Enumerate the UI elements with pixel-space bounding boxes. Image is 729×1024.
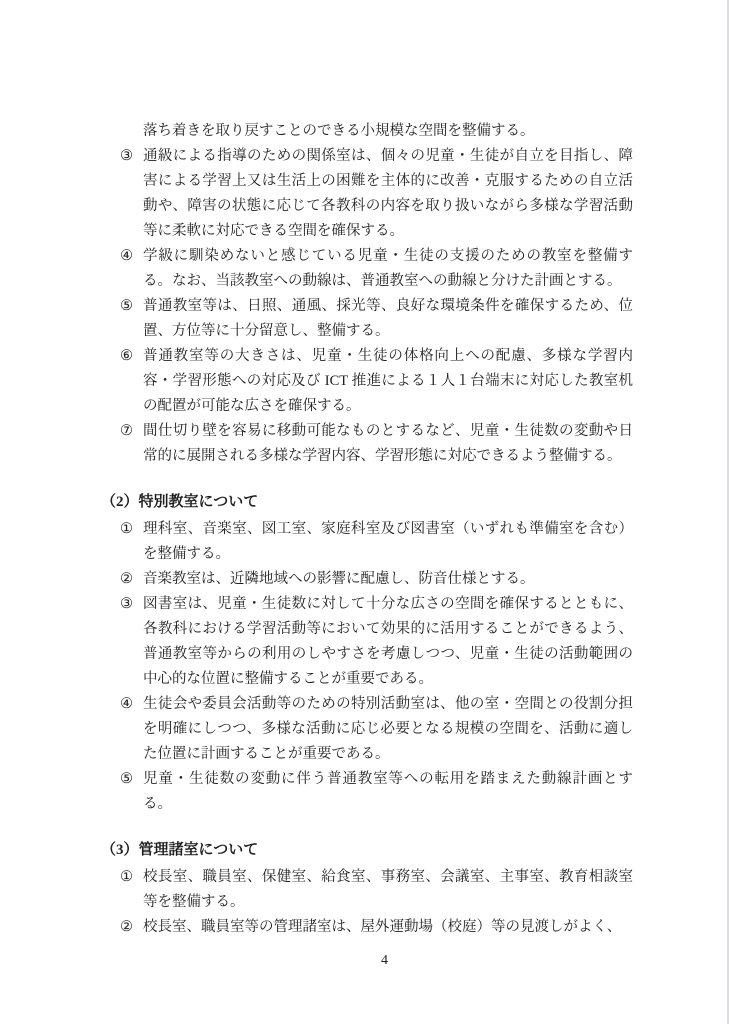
document-section: （3）管理諸室について①校長室、職員室、保健室、給食室、事務室、会議室、主事室、… [101, 838, 633, 940]
page-footer: 4 [0, 948, 727, 973]
item-text: 理科室、音楽室、図工室、家庭科室及び図書室（いずれも準備室を含む）を整備する。 [143, 517, 633, 567]
list-item: ⑤普通教室等は、日照、通風、採光等、良好な環境条件を確保するため、位置、方位等に… [120, 294, 633, 344]
document-section: （2）特別教室について①理科室、音楽室、図工室、家庭科室及び図書室（いずれも準備… [101, 490, 633, 817]
item-text: 普通教室等は、日照、通風、採光等、良好な環境条件を確保するため、位置、方位等に十… [143, 294, 633, 344]
item-text: 通級による指導のための関係室は、個々の児童・生徒が自立を目指し、障害による学習上… [143, 144, 633, 244]
item-marker: ⑦ [120, 419, 143, 469]
list-item: ④生徒会や委員会活動等のための特別活動室は、他の室・空間との役割分担を明確にしつ… [120, 692, 633, 767]
item-text: 校長室、職員室等の管理諸室は、屋外運動場（校庭）等の見渡しがよく、 [143, 915, 633, 940]
list-item: 落ち着きを取り戻すことのできる小規模な空間を整備する。 [120, 119, 633, 144]
document-page: 落ち着きを取り戻すことのできる小規模な空間を整備する。③通級による指導のための関… [0, 0, 729, 1024]
item-text: 普通教室等の大きさは、児童・生徒の体格向上への配慮、多様な学習内容・学習形態への… [143, 344, 633, 419]
list-item: ①校長室、職員室、保健室、給食室、事務室、会議室、主事室、教育相談室等を整備する… [120, 865, 633, 915]
item-list: ①理科室、音楽室、図工室、家庭科室及び図書室（いずれも準備室を含む）を整備する。… [120, 517, 633, 817]
item-marker [120, 119, 143, 144]
item-marker: ③ [120, 144, 143, 244]
page-number: 4 [381, 953, 388, 968]
list-item: ⑤児童・生徒数の変動に伴う普通教室等への転用を踏まえた動線計画とする。 [120, 767, 633, 817]
item-marker: ⑤ [120, 294, 143, 344]
item-marker: ③ [120, 592, 143, 692]
list-item: ⑥普通教室等の大きさは、児童・生徒の体格向上への配慮、多様な学習内容・学習形態へ… [120, 344, 633, 419]
list-item: ⑦間仕切り壁を容易に移動可能なものとするなど、児童・生徒数の変動や日常的に展開さ… [120, 419, 633, 469]
list-item: ③図書室は、児童・生徒数に対して十分な広さの空間を確保するとともに、各教科におけ… [120, 592, 633, 692]
list-item: ②音楽教室は、近隣地域への影響に配慮し、防音仕様とする。 [120, 567, 633, 592]
list-item: ①理科室、音楽室、図工室、家庭科室及び図書室（いずれも準備室を含む）を整備する。 [120, 517, 633, 567]
section-heading: （2）特別教室について [101, 490, 633, 515]
item-marker: ⑥ [120, 344, 143, 419]
item-text: 校長室、職員室、保健室、給食室、事務室、会議室、主事室、教育相談室等を整備する。 [143, 865, 633, 915]
item-text: 学級に馴染めないと感じている児童・生徒の支援のための教室を整備する。なお、当該教… [143, 244, 633, 294]
item-marker: ① [120, 517, 143, 567]
document-section: 落ち着きを取り戻すことのできる小規模な空間を整備する。③通級による指導のための関… [101, 119, 633, 469]
item-marker: ④ [120, 244, 143, 294]
item-marker: ① [120, 865, 143, 915]
list-item: ②校長室、職員室等の管理諸室は、屋外運動場（校庭）等の見渡しがよく、 [120, 915, 633, 940]
item-list: 落ち着きを取り戻すことのできる小規模な空間を整備する。③通級による指導のための関… [120, 119, 633, 469]
item-text: 生徒会や委員会活動等のための特別活動室は、他の室・空間との役割分担を明確にしつつ… [143, 692, 633, 767]
document-body: 落ち着きを取り戻すことのできる小規模な空間を整備する。③通級による指導のための関… [101, 119, 633, 940]
list-item: ③通級による指導のための関係室は、個々の児童・生徒が自立を目指し、障害による学習… [120, 144, 633, 244]
list-item: ④学級に馴染めないと感じている児童・生徒の支援のための教室を整備する。なお、当該… [120, 244, 633, 294]
item-marker: ④ [120, 692, 143, 767]
item-marker: ② [120, 567, 143, 592]
item-list: ①校長室、職員室、保健室、給食室、事務室、会議室、主事室、教育相談室等を整備する… [120, 865, 633, 940]
section-heading: （3）管理諸室について [101, 838, 633, 863]
item-text: 児童・生徒数の変動に伴う普通教室等への転用を踏まえた動線計画とする。 [143, 767, 633, 817]
item-text: 図書室は、児童・生徒数に対して十分な広さの空間を確保するとともに、各教科における… [143, 592, 633, 692]
item-marker: ② [120, 915, 143, 940]
item-text: 落ち着きを取り戻すことのできる小規模な空間を整備する。 [143, 119, 633, 144]
item-text: 音楽教室は、近隣地域への影響に配慮し、防音仕様とする。 [143, 567, 633, 592]
item-marker: ⑤ [120, 767, 143, 817]
item-text: 間仕切り壁を容易に移動可能なものとするなど、児童・生徒数の変動や日常的に展開され… [143, 419, 633, 469]
